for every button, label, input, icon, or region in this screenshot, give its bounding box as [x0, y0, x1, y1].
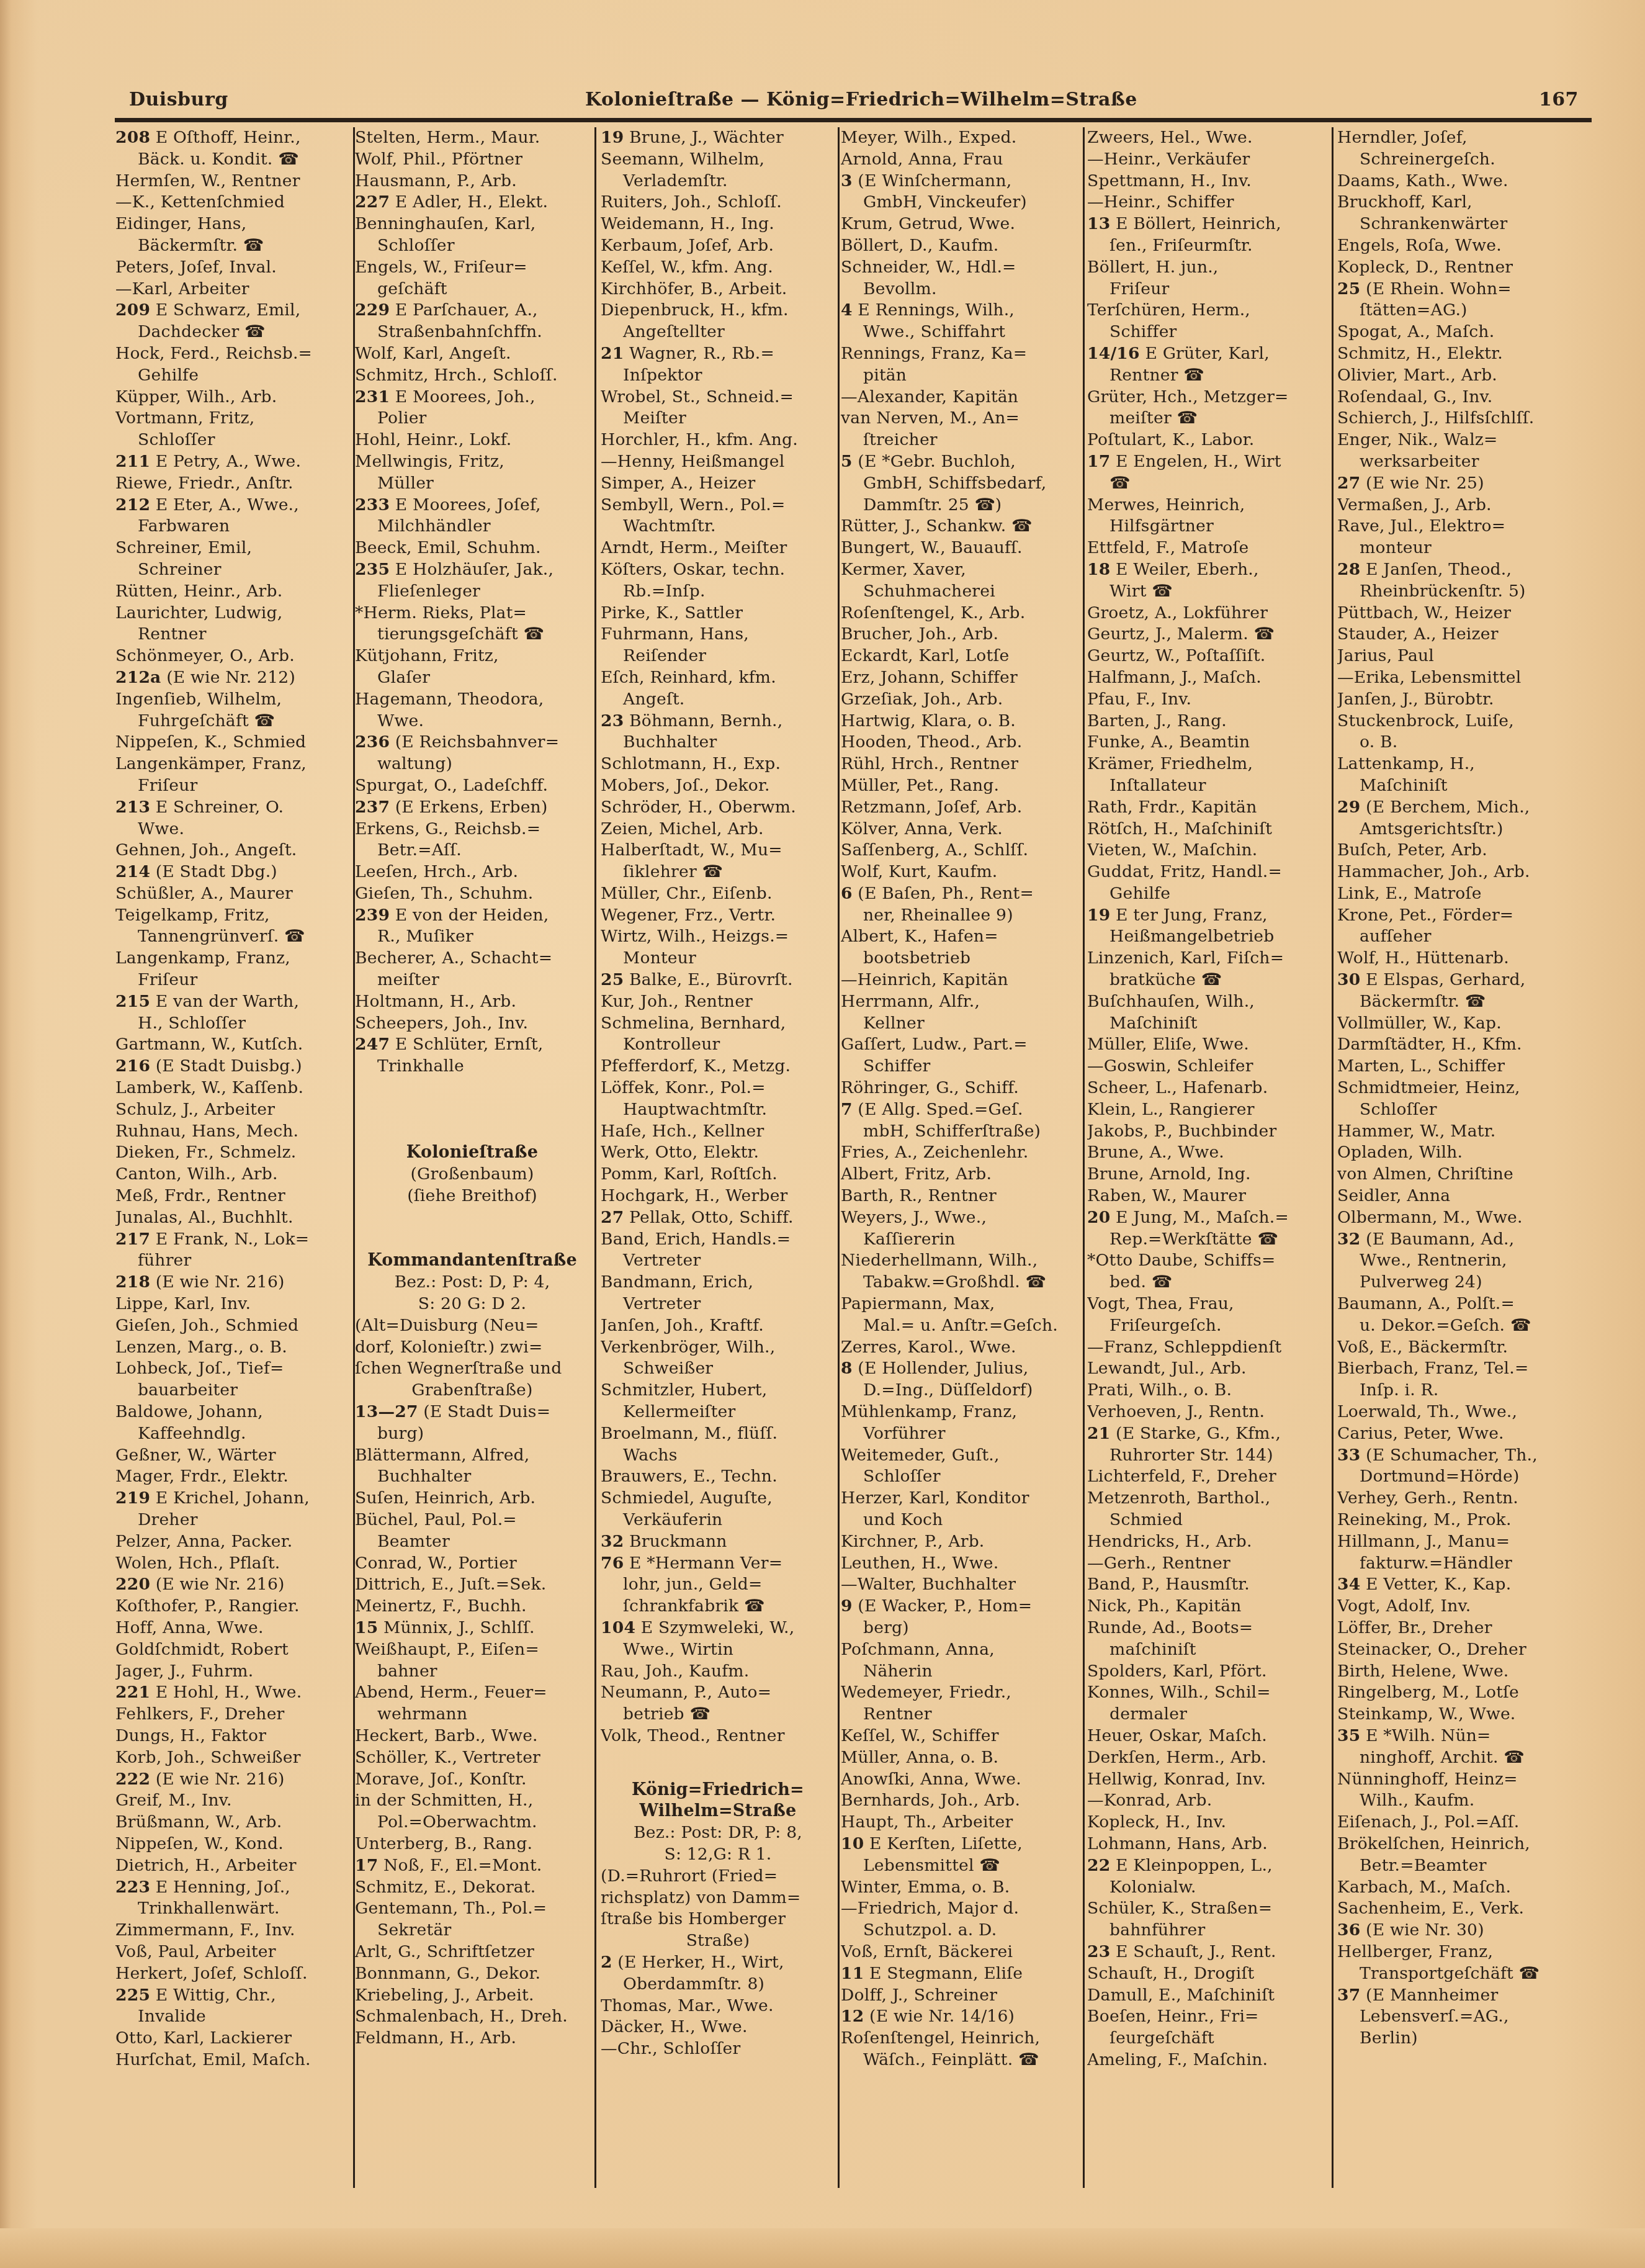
directory-entry-line: Kütjohann, Fritz,	[355, 646, 589, 667]
directory-entry-line: Wolf, Phil., Pförtner	[355, 149, 589, 171]
house-number: 32	[1337, 1230, 1360, 1249]
directory-entry-line: Brökelſchen, Heinrich,	[1337, 1834, 1585, 1855]
directory-entry-line: Niederhellmann, Wilh.,	[841, 1250, 1075, 1272]
directory-entry-line: Rentner ☎	[1087, 365, 1322, 387]
directory-entry-line: Meinertz, F., Buchh.	[355, 1596, 589, 1618]
directory-entry-line: 229 E Parſchauer, A.,	[355, 300, 589, 322]
directory-entry-line: 20 E Jung, M., Maſch.=	[1087, 1207, 1322, 1229]
directory-entry-line: ☎	[1087, 473, 1322, 495]
directory-entry-line: dermaler	[1087, 1704, 1322, 1726]
directory-entry-line: Kellermeiſter	[601, 1402, 835, 1423]
directory-entry-line: Eiſenach, J., Pol.=Aſſ.	[1337, 1812, 1585, 1834]
directory-entry-line: Ruhrorter Str. 144)	[1087, 1445, 1322, 1467]
directory-entry-line: Transportgeſchäft ☎	[1337, 1963, 1585, 1985]
directory-entry-line: Schröder, H., Oberwm.	[601, 797, 835, 819]
directory-entry-line: 21 Wagner, R., Rb.=	[601, 343, 835, 365]
directory-entry-line: Zimmermann, F., Inv.	[115, 1920, 350, 1942]
directory-entry-line: Schmied	[1087, 1510, 1322, 1531]
directory-entry-line: Krämer, Friedhelm,	[1087, 754, 1322, 775]
directory-entry-line: Band, Erich, Handls.=	[601, 1229, 835, 1251]
directory-entry-line: —Konrad, Arb.	[1087, 1790, 1322, 1812]
directory-entry-line: Gaſſert, Ludw., Part.=	[841, 1034, 1075, 1056]
directory-entry-line: Trinkhalle	[355, 1056, 589, 1078]
directory-entry-line: Herkert, Joſef, Schloſſ.	[115, 1963, 350, 1985]
directory-entry-line: van Nerven, M., An=	[841, 408, 1075, 430]
directory-entry-line: Winter, Emma, o. B.	[841, 1877, 1075, 1899]
house-number: 17	[355, 1856, 378, 1875]
directory-entry-line: Riewe, Friedr., Anſtr.	[115, 473, 350, 495]
house-number: 209	[115, 300, 150, 320]
directory-entry-line: Gieſen, Joh., Schmied	[115, 1315, 350, 1337]
directory-entry-line: Eckardt, Karl, Lotſe	[841, 646, 1075, 667]
directory-entry-line: Schloſſer	[115, 430, 350, 451]
directory-entry-line: 237 (E Erkens, Erben)	[355, 797, 589, 819]
house-number: 34	[1337, 1575, 1360, 1594]
directory-entry-line: Hammer, W., Matr.	[1337, 1121, 1585, 1143]
directory-entry-line: Pelzer, Anna, Packer.	[115, 1531, 350, 1553]
directory-entry-line: Wwe., Wirtin	[601, 1639, 835, 1661]
directory-entry-line: Steinkamp, W., Wwe.	[1337, 1704, 1585, 1726]
spacer	[355, 1099, 589, 1121]
directory-entry-line: Stuckenbrock, Luiſe,	[1337, 711, 1585, 732]
directory-entry-line: Angeſtellter	[601, 322, 835, 343]
directory-entry-line: Heuer, Oskar, Maſch.	[1087, 1726, 1322, 1747]
directory-entry-line: Pulverweg 24)	[1337, 1272, 1585, 1294]
page-header: Duisburg Kolonieſtraße — König=Friedrich…	[129, 89, 1593, 114]
directory-entry-line: betrieb ☎	[601, 1704, 835, 1726]
directory-entry-line: Bäck. u. Kondit. ☎	[115, 149, 350, 171]
directory-entry-line: Schneider, W., Hdl.=	[841, 257, 1075, 279]
directory-entry-line: Eidinger, Hans,	[115, 214, 350, 235]
directory-entry-line: Roſenſtengel, Heinrich,	[841, 2028, 1075, 2050]
column-6: Herndler, Joſef,Schreinergeſch.Daams, Ka…	[1337, 127, 1585, 2050]
directory-entry-line: Schöller, K., Vertreter	[355, 1747, 589, 1769]
directory-entry-line: bahnführer	[1087, 1920, 1322, 1942]
directory-entry-line: Nippeſen, K., Schmied	[115, 732, 350, 754]
directory-entry-line: Kolonialw.	[1087, 1877, 1322, 1899]
column-4: Meyer, Wilh., Exped.Arnold, Anna, Frau3 …	[841, 127, 1075, 2071]
house-number: 11	[841, 1964, 864, 1983]
house-number: 220	[115, 1575, 150, 1594]
directory-entry-line: Kopleck, H., Inv.	[1087, 1812, 1322, 1834]
directory-entry-line: —K., Kettenſchmied	[115, 192, 350, 214]
directory-entry-line: Erz, Johann, Schiffer	[841, 667, 1075, 689]
directory-entry-line: Monteur	[601, 948, 835, 970]
directory-entry-line: Rennings, Franz, Ka=	[841, 343, 1075, 365]
house-number: 23	[1087, 1942, 1110, 1961]
directory-entry-line: Betr.=Beamter	[1337, 1855, 1585, 1877]
directory-entry-line: Angeſt.	[601, 689, 835, 711]
directory-entry-line: waltung)	[355, 754, 589, 775]
directory-entry-line: Schweißer	[601, 1358, 835, 1380]
directory-entry-line: (Alt=Duisburg (Neu=	[355, 1315, 589, 1337]
directory-entry-line: 225 E Wittig, Chr.,	[115, 1985, 350, 2007]
directory-entry-line: Olivier, Mart., Arb.	[1337, 365, 1585, 387]
directory-entry-line: Böllert, D., Kaufm.	[841, 235, 1075, 257]
directory-entry-line: Hartwig, Klara, o. B.	[841, 711, 1075, 732]
house-number: 8	[841, 1359, 853, 1378]
directory-entry-line: Rühl, Hrch., Rentner	[841, 754, 1075, 775]
directory-entry-line: Geurtz, W., Poſtaſſiſt.	[1087, 646, 1322, 667]
directory-entry-line: Weyers, J., Wwe.,	[841, 1207, 1075, 1229]
directory-entry-line: Lenzen, Marg., o. B.	[115, 1337, 350, 1359]
directory-entry-line: Betr.=Aſſ.	[355, 840, 589, 862]
directory-entry-line: 76 E *Hermann Ver=	[601, 1553, 835, 1575]
directory-entry-line: ſtraße bis Homberger	[601, 1909, 835, 1930]
directory-entry-line: lohr, jun., Geld=	[601, 1574, 835, 1596]
directory-entry-line: Pirke, K., Sattler	[601, 603, 835, 624]
directory-entry-line: 222 (E wie Nr. 216)	[115, 1769, 350, 1791]
directory-entry-line: Sembyll, Wern., Pol.=	[601, 495, 835, 516]
directory-entry-line: Brüßmann, W., Arb.	[115, 1812, 350, 1834]
directory-entry-line: Kopleck, D., Rentner	[1337, 257, 1585, 279]
directory-entry-line: Ruhnau, Hans, Mech.	[115, 1121, 350, 1143]
directory-entry-line: 4 E Rennings, Wilh.,	[841, 300, 1075, 322]
directory-entry-line: Retzmann, Joſef, Arb.	[841, 797, 1075, 819]
directory-entry-line: Keſſel, W., Schiffer	[841, 1726, 1075, 1747]
house-number: 37	[1337, 1986, 1360, 2005]
directory-entry-line: 10 E Kerſten, Liſette,	[841, 1834, 1075, 1855]
column-divider	[838, 127, 840, 2188]
directory-entry-line: Hermſen, W., Rentner	[115, 171, 350, 192]
directory-entry-line: Enger, Nik., Walz=	[1337, 430, 1585, 451]
directory-entry-line: 217 E Frank, N., Lok=	[115, 1229, 350, 1251]
house-number: 27	[601, 1208, 624, 1227]
directory-entry-line: Teigelkamp, Fritz,	[115, 905, 350, 927]
directory-entry-line: Korb, Joh., Schweißer	[115, 1747, 350, 1769]
directory-entry-line: 17 Noß, F., El.=Mont.	[355, 1855, 589, 1877]
directory-entry-line: Derkſen, Herm., Arb.	[1087, 1747, 1322, 1769]
header-rule	[115, 118, 1592, 122]
directory-entry-line: Wedemeyer, Friedr.,	[841, 1682, 1075, 1704]
directory-entry-line: Glaſer	[355, 667, 589, 689]
directory-entry-line: Herrmann, Alfr.,	[841, 991, 1075, 1013]
directory-entry-line: Hilfsgärtner	[1087, 516, 1322, 538]
header-title: Kolonieſtraße — König=Friedrich=Wilhelm=…	[129, 89, 1593, 110]
directory-entry-line: Lichterfeld, F., Dreher	[1087, 1466, 1322, 1488]
directory-entry-line: Hochgark, H., Werber	[601, 1186, 835, 1207]
directory-entry-line: Bäckermſtr. ☎	[115, 235, 350, 257]
directory-entry-line: 7 (E Allg. Sped.=Geſ.	[841, 1099, 1075, 1121]
directory-entry-line: Schrankenwärter	[1337, 214, 1585, 235]
directory-entry-line: Konnes, Wilh., Schil=	[1087, 1682, 1322, 1704]
directory-entry-line: Dortmund=Hörde)	[1337, 1466, 1585, 1488]
house-number: 216	[115, 1056, 150, 1076]
directory-entry-line: Bonnmann, G., Dekor.	[355, 1963, 589, 1985]
directory-entry-line: Saſſenberg, A., Schlſſ.	[841, 840, 1075, 862]
directory-entry-line: Leuthen, H., Wwe.	[841, 1553, 1075, 1575]
directory-entry-line: Voß, Paul, Arbeiter	[115, 1942, 350, 1963]
directory-entry-line: 212 E Eter, A., Wwe.,	[115, 495, 350, 516]
directory-entry-line: Bez.: Post: D, P: 4,	[355, 1272, 589, 1294]
directory-entry-line: Verkenbröger, Wilh.,	[601, 1337, 835, 1359]
directory-entry-line: Kaffeehndlg.	[115, 1423, 350, 1445]
directory-entry-line: Band, P., Hausmſtr.	[1087, 1574, 1322, 1596]
directory-entry-line: Hellberger, Franz,	[1337, 1942, 1585, 1963]
directory-entry-line: Hohl, Heinr., Lokf.	[355, 430, 589, 451]
directory-entry-line: Prati, Wilh., o. B.	[1087, 1380, 1322, 1402]
directory-entry-line: 21 (E Starke, G., Kfm.,	[1087, 1423, 1322, 1445]
house-number: 229	[355, 300, 390, 320]
directory-entry-line: Schüler, K., Straßen=	[1087, 1898, 1322, 1920]
directory-entry-line: Runde, Ad., Boots=	[1087, 1618, 1322, 1639]
directory-entry-line: Maſchiniſt	[1087, 1013, 1322, 1035]
directory-entry-line: Dreher	[115, 1510, 350, 1531]
directory-entry-line: 29 (E Berchem, Mich.,	[1337, 797, 1585, 819]
directory-entry-line: Hammacher, Joh., Arb.	[1337, 862, 1585, 883]
directory-entry-line: 227 E Adler, H., Elekt.	[355, 192, 589, 214]
directory-entry-line: 235 E Holzhäuſer, Jak.,	[355, 559, 589, 581]
directory-entry-line: Inſp. i. R.	[1337, 1380, 1585, 1402]
directory-entry-line: Nünninghoff, Heinz=	[1337, 1769, 1585, 1791]
directory-entry-line: —Heinr., Schiffer	[1087, 192, 1322, 214]
directory-entry-line: Schmalenbach, H., Dreh.	[355, 2006, 589, 2028]
spacer	[355, 1121, 589, 1143]
directory-entry-line: aufſeher	[1337, 926, 1585, 948]
directory-entry-line: bootsbetrieb	[841, 948, 1075, 970]
directory-entry-line: ſen., Friſeurmſtr.	[1087, 235, 1322, 257]
house-number: 211	[115, 452, 150, 471]
directory-entry-line: Buſch, Peter, Arb.	[1337, 840, 1585, 862]
directory-entry-line: mbH, Schifferſtraße)	[841, 1121, 1075, 1143]
house-number: 2	[601, 1953, 612, 1972]
directory-entry-line: 32 (E Baumann, Ad.,	[1337, 1229, 1585, 1251]
directory-entry-line: Ingenſieb, Wilhelm,	[115, 689, 350, 711]
directory-entry-line: Weidemann, H., Ing.	[601, 214, 835, 235]
directory-entry-line: 5 (E *Gebr. Buchloh,	[841, 451, 1075, 473]
directory-entry-line: Kellner	[841, 1013, 1075, 1035]
house-number: 33	[1337, 1446, 1360, 1465]
directory-entry-line: Becherer, A., Schacht=	[355, 948, 589, 970]
house-number: 20	[1087, 1208, 1110, 1227]
directory-entry-line: Rau, Joh., Kaufm.	[601, 1661, 835, 1683]
directory-entry-line: Fuhrmann, Hans,	[601, 624, 835, 646]
directory-entry-line: Müller	[355, 473, 589, 495]
spacer	[355, 1078, 589, 1099]
directory-entry-line: meiſter	[355, 970, 589, 991]
directory-entry-line: Anowſki, Anna, Wwe.	[841, 1769, 1075, 1791]
directory-entry-line: Seidler, Anna	[1337, 1186, 1585, 1207]
directory-entry-line: Olbermann, M., Wwe.	[1337, 1207, 1585, 1229]
directory-entry-line: Albert, Fritz, Arb.	[841, 1164, 1075, 1186]
directory-entry-line: richsplatz) von Damm=	[601, 1888, 835, 1909]
directory-entry-line: Groetz, A., Lokführer	[1087, 603, 1322, 624]
directory-entry-line: Buſchhauſen, Wilh.,	[1087, 991, 1322, 1013]
directory-entry-line: Vertreter	[601, 1250, 835, 1272]
directory-entry-line: 36 (E wie Nr. 30)	[1337, 1920, 1585, 1942]
directory-entry-line: Vogt, Thea, Frau,	[1087, 1294, 1322, 1315]
directory-entry-line: Barth, R., Rentner	[841, 1186, 1075, 1207]
spacer	[355, 1229, 589, 1251]
house-number: 14/16	[1087, 344, 1140, 363]
directory-entry-line: 23 E Schauſt, J., Rent.	[1087, 1942, 1322, 1963]
directory-entry-line: Wachtmſtr.	[601, 516, 835, 538]
directory-entry-line: Gehnen, Joh., Angeſt.	[115, 840, 350, 862]
directory-entry-line: Wäſch., Feinplätt. ☎	[841, 2050, 1075, 2071]
directory-entry-line: Sekretär	[355, 1920, 589, 1942]
directory-entry-line: Haupt, Th., Arbeiter	[841, 1812, 1075, 1834]
directory-entry-line: Röhringer, G., Schiff.	[841, 1078, 1075, 1099]
directory-entry-line: Invalide	[115, 2006, 350, 2028]
directory-entry-line: monteur	[1337, 538, 1585, 559]
directory-entry-line: fakturw.=Händler	[1337, 1553, 1585, 1575]
directory-entry-line: 34 E Vetter, K., Kap.	[1337, 1574, 1585, 1596]
directory-entry-line: Kriebeling, J., Arbeit.	[355, 1985, 589, 2007]
directory-entry-line: Greif, M., Inv.	[115, 1790, 350, 1812]
directory-entry-line: Brune, A., Wwe.	[1087, 1142, 1322, 1164]
directory-entry-line: 247 E Schlüter, Ernſt,	[355, 1034, 589, 1056]
directory-entry-line: Rheinbrückenſtr. 5)	[1337, 581, 1585, 603]
directory-entry-line: Fries, A., Zeichenlehr.	[841, 1142, 1075, 1164]
directory-entry-line: 216 (E Stadt Duisbg.)	[115, 1056, 350, 1078]
house-number: 235	[355, 560, 390, 579]
directory-entry-line: Roſendaal, G., Inv.	[1337, 387, 1585, 408]
spacer	[355, 1207, 589, 1229]
directory-entry-line: Krum, Getrud, Wwe.	[841, 214, 1075, 235]
directory-entry-line: Engels, Roſa, Wwe.	[1337, 235, 1585, 257]
directory-entry-line: Gehilfe	[115, 365, 350, 387]
house-number: 237	[355, 798, 390, 817]
directory-entry-line: maſchiniſt	[1087, 1639, 1322, 1661]
directory-entry-line: Feldmann, H., Arb.	[355, 2028, 589, 2050]
directory-entry-line: Hendricks, H., Arb.	[1087, 1531, 1322, 1553]
house-number: 21	[601, 344, 624, 363]
directory-entry-line: Heißmangelbetrieb	[1087, 926, 1322, 948]
directory-entry-line: 30 E Elspas, Gerhard,	[1337, 970, 1585, 991]
directory-entry-line: Brucher, Joh., Arb.	[841, 624, 1075, 646]
directory-entry-line: Haſe, Hch., Kellner	[601, 1121, 835, 1143]
house-number: 29	[1337, 798, 1360, 817]
directory-entry-line: Rath, Frdr., Kapitän	[1087, 797, 1322, 819]
directory-entry-line: Herzer, Karl, Konditor	[841, 1488, 1075, 1510]
directory-entry-line: Oberdammſtr. 8)	[601, 1974, 835, 1996]
directory-entry-line: Steinacker, O., Dreher	[1337, 1639, 1585, 1661]
house-number: 214	[115, 862, 150, 881]
house-number: 208	[115, 128, 150, 147]
directory-entry-line: Däcker, H., Wwe.	[601, 2017, 835, 2038]
directory-entry-line: Zeien, Michel, Arb.	[601, 819, 835, 840]
directory-entry-line: Boeſen, Heinr., Fri=	[1087, 2006, 1322, 2028]
directory-entry-line: Flieſenleger	[355, 581, 589, 603]
directory-entry-line: Zerres, Karol., Wwe.	[841, 1337, 1075, 1359]
directory-entry-line: Arndt, Herm., Meiſter	[601, 538, 835, 559]
directory-entry-line: 19 Brune, J., Wächter	[601, 127, 835, 149]
directory-entry-line: Vermaßen, J., Arb.	[1337, 495, 1585, 516]
directory-entry-line: Hock, Ferd., Reichsb.=	[115, 343, 350, 365]
directory-entry-line: Verlademſtr.	[601, 171, 835, 192]
directory-entry-line: *Otto Daube, Schiffs=	[1087, 1250, 1322, 1272]
directory-entry-line: geſchäft	[355, 279, 589, 300]
directory-entry-line: Müller, Chr., Eiſenb.	[601, 883, 835, 905]
directory-entry-line: Scheer, L., Hafenarb.	[1087, 1078, 1322, 1099]
directory-entry-line: Goldſchmidt, Robert	[115, 1639, 350, 1661]
directory-entry-line: 233 E Moorees, Joſef,	[355, 495, 589, 516]
directory-entry-line: ſchrankfabrik ☎	[601, 1596, 835, 1618]
directory-entry-line: Brune, Arnold, Ing.	[1087, 1164, 1322, 1186]
directory-entry-line: pitän	[841, 365, 1075, 387]
directory-entry-line: 25 (E Rhein. Wohn=	[1337, 279, 1585, 300]
spacer	[601, 1769, 835, 1780]
directory-entry-line: Dieken, Fr., Schmelz.	[115, 1142, 350, 1164]
directory-entry-line: Keſſel, W., kfm. Ang.	[601, 257, 835, 279]
directory-entry-line: Kirchner, P., Arb.	[841, 1531, 1075, 1553]
directory-entry-line: Schüßler, A., Maurer	[115, 883, 350, 905]
directory-entry-line: Bevollm.	[841, 279, 1075, 300]
directory-entry-line: (Großenbaum)	[355, 1164, 589, 1186]
directory-entry-line: Lamberk, W., Kaſſenb.	[115, 1078, 350, 1099]
house-number: 28	[1337, 560, 1360, 579]
directory-entry-line: Jakobs, P., Buchbinder	[1087, 1121, 1322, 1143]
column-3: 19 Brune, J., WächterSeemann, Wilhelm,Ve…	[601, 127, 835, 2060]
directory-entry-line: 2 (E Herker, H., Wirt,	[601, 1952, 835, 1974]
directory-entry-line: Wachs	[601, 1445, 835, 1467]
directory-entry-line: Suſen, Heinrich, Arb.	[355, 1488, 589, 1510]
directory-entry-line: Straßenbahnſchffn.	[355, 322, 589, 343]
directory-entry-line: Amtsgerichtsſtr.)	[1337, 819, 1585, 840]
directory-entry-line: —Alexander, Kapitän	[841, 387, 1075, 408]
directory-entry-line: Friſeurgeſch.	[1087, 1315, 1322, 1337]
directory-entry-line: Leeſen, Hrch., Arb.	[355, 862, 589, 883]
house-number: 9	[841, 1596, 853, 1616]
directory-entry-line: Dungs, H., Faktor	[115, 1726, 350, 1747]
directory-entry-line: Müller, Pet., Rang.	[841, 775, 1075, 797]
directory-entry-line: Thomas, Mar., Wwe.	[601, 1996, 835, 2017]
house-number: 223	[115, 1878, 150, 1897]
directory-entry-line: Trinkhallenwärt.	[115, 1898, 350, 1920]
directory-entry-line: Müller, Anna, o. B.	[841, 1747, 1075, 1769]
directory-entry-line: Wolen, Hch., Pflaſt.	[115, 1553, 350, 1575]
house-number: 18	[1087, 560, 1110, 579]
directory-entry-line: Wwe.	[115, 819, 350, 840]
directory-entry-line: 208 E Oſthoff, Heinr.,	[115, 127, 350, 149]
directory-entry-line: Lewandt, Jul., Arb.	[1087, 1358, 1322, 1380]
directory-entry-line: Jager, J., Fuhrm.	[115, 1661, 350, 1683]
directory-entry-line: Meyer, Wilh., Exped.	[841, 127, 1075, 149]
directory-entry-line: Poſchmann, Anna,	[841, 1639, 1075, 1661]
directory-entry-line: GmbH, Vinckeufer)	[841, 192, 1075, 214]
directory-entry-line: werksarbeiter	[1337, 451, 1585, 473]
directory-entry-line: Vorführer	[841, 1423, 1075, 1445]
directory-entry-line: —Heinr., Verkäufer	[1087, 149, 1322, 171]
directory-entry-line: bratküche ☎	[1087, 970, 1322, 991]
directory-entry-line: ſchen Wegnerſtraße und	[355, 1358, 589, 1380]
directory-entry-line: Voß, E., Bäckermſtr.	[1337, 1337, 1585, 1359]
directory-entry-line: Milchhändler	[355, 516, 589, 538]
directory-entry-line: 23 Böhmann, Bernh.,	[601, 711, 835, 732]
directory-entry-line: Neumann, P., Auto=	[601, 1682, 835, 1704]
directory-entry-line: Bungert, W., Bauaufſ.	[841, 538, 1075, 559]
directory-entry-line: 220 (E wie Nr. 216)	[115, 1574, 350, 1596]
house-number: 236	[355, 732, 390, 752]
directory-entry-line: Rentner	[115, 624, 350, 646]
directory-entry-line: Albert, K., Hafen=	[841, 926, 1075, 948]
directory-entry-line: Schmiedel, Auguſte,	[601, 1488, 835, 1510]
directory-entry-line: Dietrich, H., Arbeiter	[115, 1855, 350, 1877]
directory-entry-line: Heckert, Barb., Wwe.	[355, 1726, 589, 1747]
directory-entry-line: Rötſch, H., Maſchiniſt	[1087, 819, 1322, 840]
directory-entry-line: 218 (E wie Nr. 216)	[115, 1272, 350, 1294]
house-number: 233	[355, 495, 390, 515]
house-number: 219	[115, 1488, 150, 1508]
directory-entry-line: Vortmann, Fritz,	[115, 408, 350, 430]
house-number: 5	[841, 452, 853, 471]
directory-entry-line: berg)	[841, 1618, 1075, 1639]
directory-entry-line: Rave, Jul., Elektro=	[1337, 516, 1585, 538]
directory-entry-line: Geurtz, J., Malerm. ☎	[1087, 624, 1322, 646]
directory-entry-line: Grüter, Hch., Metzger=	[1087, 387, 1322, 408]
directory-entry-line: Pol.=Oberwachtm.	[355, 1812, 589, 1834]
directory-entry-line: Farbwaren	[115, 516, 350, 538]
